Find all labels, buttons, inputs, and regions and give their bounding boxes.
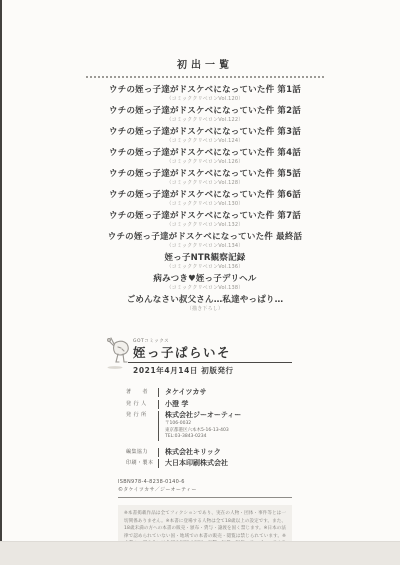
- credit-value: 小澄 学: [158, 400, 188, 409]
- publication-entry: ウチの姪っ子達がドスケベになっていた件 第1話 （コミッククリベロンVol.12…: [30, 85, 380, 103]
- credits-table: 著 者 タケイツカサ 発 行 人 小澄 学 発 行 所: [126, 388, 292, 468]
- credit-row: 著 者 タケイツカサ: [126, 388, 292, 397]
- entry-source: （コミッククリベロンVol.126）: [30, 159, 380, 166]
- publication-entry: ごめんなさい叔父さん…私達やっぱり… （描き下ろし）: [30, 295, 380, 313]
- legal-divider: [118, 497, 292, 498]
- page-bottom-edge: [0, 541, 400, 565]
- publication-entry: ウチの姪っ子達がドスケベになっていた件 第4話 （コミッククリベロンVol.12…: [30, 148, 380, 166]
- publication-entry: 姪っ子NTR観察記録 （コミッククリベロンVol.136）: [30, 253, 380, 271]
- credit-sub-lines: 〒106-0032 東京都港区六本木5-16-13-403 TEL:03-384…: [165, 421, 241, 441]
- entry-source: （コミッククリベロンVol.124）: [30, 138, 380, 145]
- book-title-row: GOTコミックス 姪っ子ぱらいそ: [114, 339, 292, 360]
- credit-row: 発 行 人 小澄 学: [126, 400, 292, 409]
- edition-date: 2021年4月14日 初版発行: [133, 366, 292, 376]
- colophon-page: 初出一覧 ウチの姪っ子達がドスケベになっていた件 第1話 （コミッククリベロンV…: [0, 0, 400, 565]
- entry-title: ウチの姪っ子達がドスケベになっていた件 第1話: [30, 85, 380, 96]
- publication-entry: ウチの姪っ子達がドスケベになっていた件 第3話 （コミッククリベロンVol.12…: [30, 127, 380, 145]
- entry-title: ウチの姪っ子達がドスケベになっていた件 第5話: [30, 169, 380, 180]
- publication-entry: ウチの姪っ子達がドスケベになっていた件 第7話 （コミッククリベロンVol.13…: [30, 211, 380, 229]
- title-underline: [128, 362, 292, 363]
- credit-value-text: 小澄 学: [165, 400, 188, 408]
- entry-source: （描き下ろし）: [30, 306, 380, 313]
- entry-source: （コミッククリベロンVol.120）: [30, 96, 380, 103]
- credit-row: 発 行 所 株式会社ジーオーティー 〒106-0032 東京都港区六本木5-16…: [126, 411, 292, 441]
- mascot-doodle-icon: [106, 336, 133, 370]
- publication-entry: 病みつき♥姪っ子デリヘル （コミッククリベロンVol.138）: [30, 274, 380, 292]
- entry-title: ウチの姪っ子達がドスケベになっていた件 第2話: [30, 106, 380, 117]
- credit-label: 著 者: [126, 388, 158, 397]
- dotted-divider: [86, 76, 324, 78]
- first-publication-section: 初出一覧 ウチの姪っ子達がドスケベになっていた件 第1話 （コミッククリベロンV…: [30, 60, 380, 316]
- first-publication-title: 初出一覧: [30, 60, 380, 72]
- publication-list: ウチの姪っ子達がドスケベになっていた件 第1話 （コミッククリベロンVol.12…: [30, 85, 380, 313]
- entry-title: ウチの姪っ子達がドスケベになっていた件 第6話: [30, 190, 380, 201]
- credit-value: タケイツカサ: [158, 388, 207, 397]
- credit-value: 株式会社ジーオーティー 〒106-0032 東京都港区六本木5-16-13-40…: [158, 411, 241, 441]
- entry-source: （コミッククリベロンVol.136）: [30, 264, 380, 271]
- publication-entry: ウチの姪っ子達がドスケベになっていた件 最終話 （コミッククリベロンVol.13…: [30, 232, 380, 250]
- credit-value-text: 株式会社キリック: [165, 448, 221, 456]
- credit-row: 編集協力 株式会社キリック: [126, 448, 292, 457]
- entry-title: ウチの姪っ子達がドスケベになっていた件 最終話: [30, 232, 380, 243]
- page-spine-edge: [0, 0, 2, 565]
- publication-entry: ウチの姪っ子達がドスケベになっていた件 第2話 （コミッククリベロンVol.12…: [30, 106, 380, 124]
- credit-value: 大日本印刷株式会社: [158, 459, 228, 468]
- credit-label: 発 行 所: [126, 411, 158, 441]
- entry-title: 姪っ子NTR観察記録: [30, 253, 380, 264]
- credit-label: 印刷・製本: [126, 459, 158, 468]
- copyright-line: ©タケイツカサ／ジーオーティー: [118, 487, 292, 495]
- credit-value-text: 大日本印刷株式会社: [165, 459, 228, 467]
- credit-label: 編集協力: [126, 448, 158, 457]
- book-title: 姪っ子ぱらいそ: [133, 345, 292, 360]
- entry-source: （コミッククリベロンVol.134）: [30, 243, 380, 250]
- colophon-block: GOTコミックス 姪っ子ぱらいそ 2021年4月14日 初版発行 著 者 タケイ…: [114, 339, 292, 565]
- credit-value-text: タケイツカサ: [165, 388, 207, 396]
- entry-title: ウチの姪っ子達がドスケベになっていた件 第3話: [30, 127, 380, 138]
- entry-title: ごめんなさい叔父さん…私達やっぱり…: [30, 295, 380, 306]
- entry-source: （コミッククリベロンVol.130）: [30, 201, 380, 208]
- entry-source: （コミッククリベロンVol.138）: [30, 285, 380, 292]
- credit-value-text: 株式会社ジーオーティー: [165, 411, 241, 419]
- entry-source: （コミッククリベロンVol.128）: [30, 180, 380, 187]
- publication-entry: ウチの姪っ子達がドスケベになっていた件 第6話 （コミッククリベロンVol.13…: [30, 190, 380, 208]
- entry-source: （コミッククリベロンVol.122）: [30, 117, 380, 124]
- isbn-number: ISBN978-4-8238-0140-6: [118, 479, 292, 487]
- entry-title: 病みつき♥姪っ子デリヘル: [30, 274, 380, 285]
- credit-row: 印刷・製本 大日本印刷株式会社: [126, 459, 292, 468]
- credit-label: 発 行 人: [126, 400, 158, 409]
- entry-title: ウチの姪っ子達がドスケベになっていた件 第4話: [30, 148, 380, 159]
- entry-source: （コミッククリベロンVol.132）: [30, 222, 380, 229]
- entry-title: ウチの姪っ子達がドスケベになっていた件 第7話: [30, 211, 380, 222]
- credit-value: 株式会社キリック: [158, 448, 221, 457]
- publication-entry: ウチの姪っ子達がドスケベになっていた件 第5話 （コミッククリベロンVol.12…: [30, 169, 380, 187]
